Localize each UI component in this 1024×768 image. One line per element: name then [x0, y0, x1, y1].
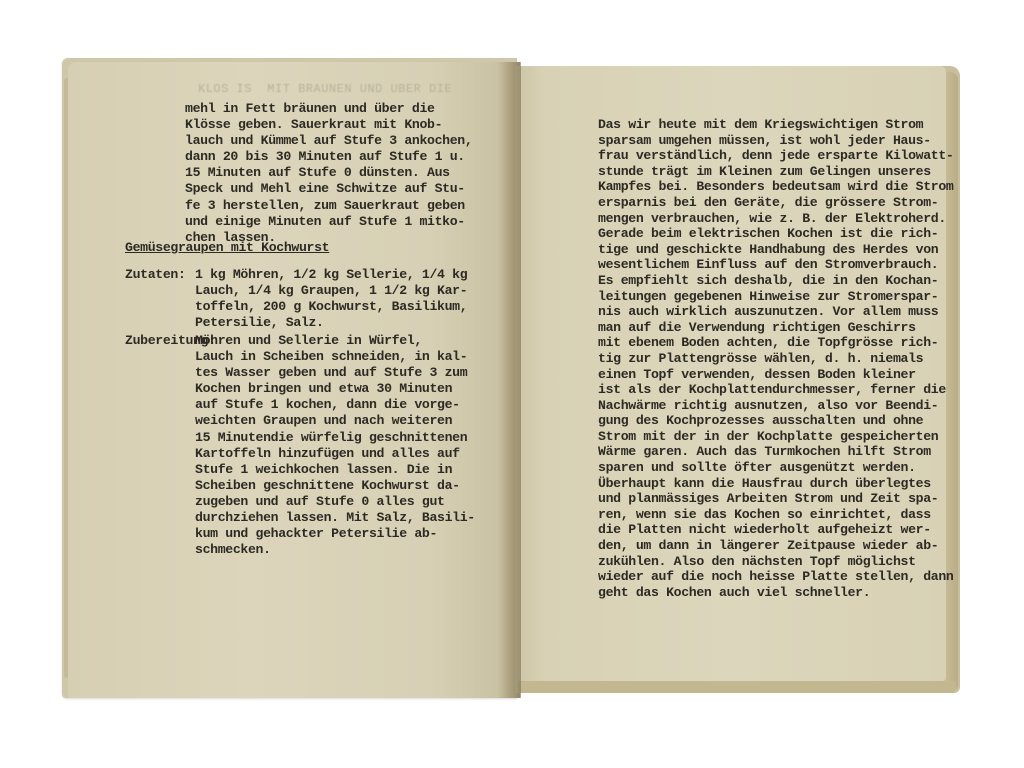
- text-line: mengen verbrauchen, wie z. B. der Elektr…: [598, 211, 954, 227]
- text-line: geht das Kochen auch viel schneller.: [598, 585, 954, 601]
- text-line: Speck und Mehl eine Schwitze auf Stu-: [185, 181, 472, 197]
- ingredient-line: Petersilie, Salz.: [195, 315, 467, 331]
- text-line: mit ebenem Boden achten, die Topfgrösse …: [598, 335, 954, 351]
- preparation-line: Kochen bringen und etwa 30 Minuten: [195, 381, 475, 397]
- text-line: fe 3 herstellen, zum Sauerkraut geben: [185, 198, 472, 214]
- text-line: nis auch wirklich auszunutzen. Vor allem…: [598, 304, 954, 320]
- spine-gutter: [497, 62, 521, 698]
- preparation-text: Möhren und Sellerie in Würfel,Lauch in S…: [195, 333, 475, 558]
- text-line: Strom mit der in der Kochplatte gespeich…: [598, 429, 954, 445]
- text-line: Überhaupt kann die Hausfrau durch überle…: [598, 476, 954, 492]
- left-page-continuation-text: mehl in Fett bräunen und über dieKlösse …: [185, 101, 472, 246]
- preparation-line: durchziehen lassen. Mit Salz, Basili-: [195, 510, 475, 526]
- bleed-through-text: KLOS IS MIT BRAUNEN UND UBER DIE: [198, 82, 452, 96]
- text-line: leitungen gegebenen Hinweise zur Stromer…: [598, 289, 954, 305]
- text-line: tige und geschickte Handhabung des Herde…: [598, 242, 954, 258]
- text-line: dann 20 bis 30 Minuten auf Stufe 1 u.: [185, 149, 472, 165]
- ingredient-line: 1 kg Möhren, 1/2 kg Sellerie, 1/4 kg: [195, 267, 467, 283]
- text-line: tig zur Plattengrösse wählen, d. h. niem…: [598, 351, 954, 367]
- text-line: einen Topf verwenden, dessen Boden klein…: [598, 367, 954, 383]
- preparation-line: Lauch in Scheiben schneiden, in kal-: [195, 349, 475, 365]
- text-line: wesentlichem Einfluss auf den Stromverbr…: [598, 257, 954, 273]
- text-line: sparsam umgehen müssen, ist wohl jeder H…: [598, 133, 954, 149]
- text-line: stunde trägt im Kleinen zum Gelingen uns…: [598, 164, 954, 180]
- text-line: 15 Minuten auf Stufe 0 dünsten. Aus: [185, 165, 472, 181]
- text-line: ersparnis bei den Geräte, die grössere S…: [598, 195, 954, 211]
- preparation-line: Kartoffeln hinzufügen und alles auf: [195, 446, 475, 462]
- text-line: ist als der Kochplattendurchmesser, fern…: [598, 382, 954, 398]
- text-line: Nachwärme richtig ausnutzen, also vor Be…: [598, 398, 954, 414]
- text-line: man auf die Verwendung richtigen Geschir…: [598, 320, 954, 336]
- ingredients-text: 1 kg Möhren, 1/2 kg Sellerie, 1/4 kgLauc…: [195, 267, 467, 331]
- text-line: frau verständlich, denn jede ersparte Ki…: [598, 148, 954, 164]
- text-line: die Platten nicht wiederholt aufgeheizt …: [598, 522, 954, 538]
- preparation-line: Möhren und Sellerie in Würfel,: [195, 333, 475, 349]
- right-page-bottom-edge: [518, 681, 956, 693]
- open-booklet: KLOS IS MIT BRAUNEN UND UBER DIE mehl in…: [0, 0, 1024, 768]
- ingredient-line: toffeln, 200 g Kochwurst, Basilikum,: [195, 299, 467, 315]
- text-line: lauch und Kümmel auf Stufe 3 ankochen,: [185, 133, 472, 149]
- text-line: ren, wenn sie das Kochen so einrichtet, …: [598, 507, 954, 523]
- preparation-line: Scheiben geschnittene Kochwurst da-: [195, 478, 475, 494]
- preparation-line: 15 Minutendie würfelig geschnittenen: [195, 430, 475, 446]
- text-line: Das wir heute mit dem Kriegswichtigen St…: [598, 117, 954, 133]
- preparation-line: kum und gehackter Petersilie ab-: [195, 526, 475, 542]
- preparation-line: schmecken.: [195, 542, 475, 558]
- text-line: gung des Kochprozesses ausschalten und o…: [598, 413, 954, 429]
- text-line: Wärme garen. Auch das Turmkochen hilft S…: [598, 444, 954, 460]
- recipe-title: Gemüsegraupen mit Kochwurst: [125, 240, 329, 256]
- text-line: Kampfes bei. Besonders bedeutsam wird di…: [598, 179, 954, 195]
- preparation-line: Stufe 1 weichkochen lassen. Die in: [195, 462, 475, 478]
- text-line: sparen und sollte öfter ausgenützt werde…: [598, 460, 954, 476]
- right-page-body-text: Das wir heute mit dem Kriegswichtigen St…: [598, 117, 954, 600]
- text-line: Es empfiehlt sich deshalb, die in den Ko…: [598, 273, 954, 289]
- text-line: und planmässiges Arbeiten Strom und Zeit…: [598, 491, 954, 507]
- preparation-line: weichten Graupen und nach weiteren: [195, 413, 475, 429]
- text-line: wieder auf die noch heisse Platte stelle…: [598, 569, 954, 585]
- text-line: Gerade beim elektrischen Kochen ist die …: [598, 226, 954, 242]
- preparation-line: zugeben und auf Stufe 0 alles gut: [195, 494, 475, 510]
- text-line: zukühlen. Also den nächsten Topf möglich…: [598, 554, 954, 570]
- text-line: und einige Minuten auf Stufe 1 mitko-: [185, 214, 472, 230]
- text-line: mehl in Fett bräunen und über die: [185, 101, 472, 117]
- text-line: den, um dann in längerer Zeitpause wiede…: [598, 538, 954, 554]
- ingredients-label: Zutaten:: [125, 267, 186, 283]
- preparation-line: tes Wasser geben und auf Stufe 3 zum: [195, 365, 475, 381]
- preparation-line: auf Stufe 1 kochen, dann die vorge-: [195, 397, 475, 413]
- ingredient-line: Lauch, 1/4 kg Graupen, 1 1/2 kg Kar-: [195, 283, 467, 299]
- text-line: Klösse geben. Sauerkraut mit Knob-: [185, 117, 472, 133]
